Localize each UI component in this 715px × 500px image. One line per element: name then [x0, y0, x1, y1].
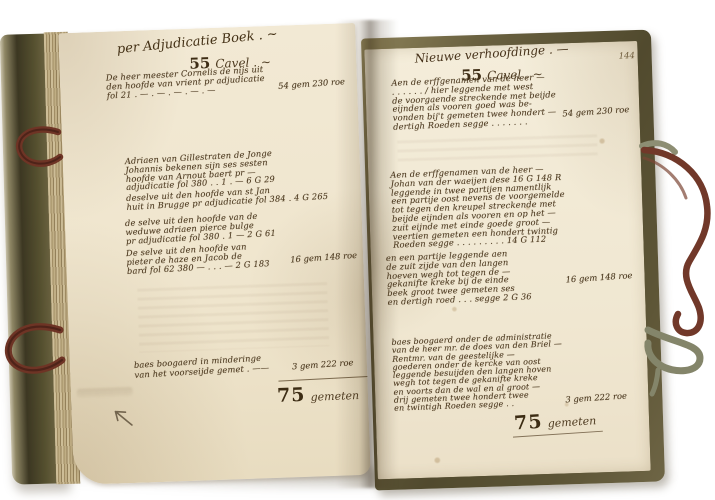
entry-amount: 3 gem 222 roe	[565, 390, 627, 404]
book-photograph: 143 Nieuwe verhoofdinge . — 144 55 Cavel…	[0, 0, 715, 500]
page-total: 75 gemeten	[511, 407, 603, 438]
faint-smudge	[77, 387, 133, 398]
left-page: per Adjudicatie Boek . ~ 55 Cavel . ~ De…	[58, 23, 371, 485]
ink-bleedthrough	[397, 134, 598, 166]
entry-amount: 16 gem 148 roe	[565, 270, 632, 284]
deduction-text: baes boogaerd in minderingevan het voors…	[134, 353, 270, 380]
total-number: 75	[277, 384, 306, 407]
entry-text: De heer meester Cornelis de nijs uitden …	[106, 65, 266, 100]
sum-rule-line	[278, 376, 370, 382]
total-number: 75	[513, 411, 543, 435]
leather-tie-top-icon	[12, 124, 64, 174]
entry-text: De selve uit den hoofde vanpieter de haz…	[126, 241, 270, 275]
right-page: Nieuwe verhoofdinge . — 144 55 Cavel . ~…	[364, 41, 650, 479]
entry-text: en een partije leggende aende zuit zijde…	[386, 248, 532, 307]
leather-tie-bottom-icon	[0, 318, 66, 376]
group-amount: 16 gem 148 roe	[290, 250, 357, 265]
ink-bleedthrough	[137, 282, 329, 353]
entry-amount: 54 gem 230 roe	[278, 76, 345, 91]
entry-text: baes boogaerd onder de administratievan …	[391, 332, 564, 413]
total-word: gemeten	[547, 414, 596, 430]
folio-number: 144	[619, 51, 636, 62]
entry-text: de selve uit den hoofde van deweduwe adr…	[125, 211, 276, 246]
deduction-amount: 3 gem 222 roe	[292, 357, 354, 371]
right-cover: Nieuwe verhoofdinge . — 144 55 Cavel . ~…	[361, 30, 665, 491]
entry-text: Aen de erffgenamen van de heer —. . . . …	[391, 72, 557, 131]
entry-text: Aen de erffgenamen van de heer —Johan va…	[390, 164, 567, 250]
right-page-heading: Nieuwe verhoofdinge . —	[414, 41, 569, 65]
fore-edge-ribbons-icon	[628, 124, 715, 416]
total-word: gemeten	[310, 389, 359, 404]
entry-amount: 54 gem 230 roe	[562, 104, 629, 118]
page-total: 75 gemeten	[277, 382, 360, 407]
pen-arrow-mark-icon	[111, 405, 144, 436]
